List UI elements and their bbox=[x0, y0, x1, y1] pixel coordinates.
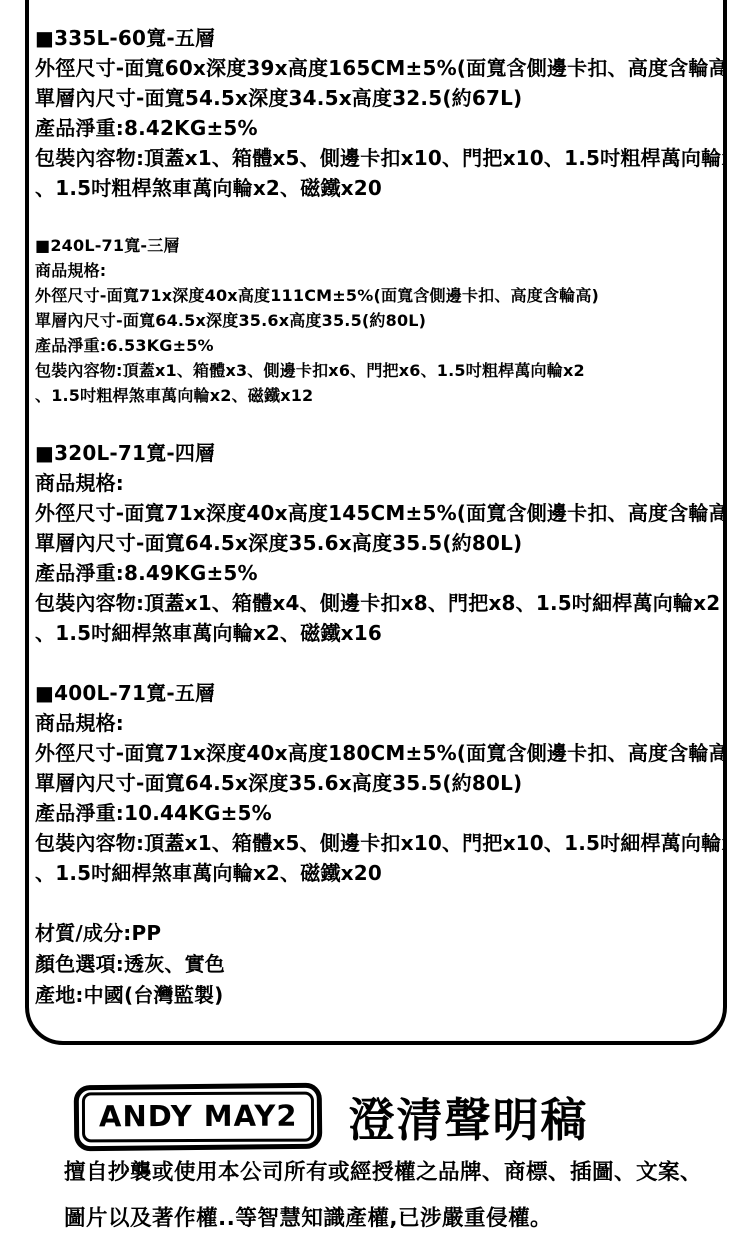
statement-header: ANDY MAY2 澄清聲明稿 bbox=[64, 1084, 724, 1150]
statement-body: 擅自抄襲或使用本公司所有或經授權之品牌、商標、插圖、文案、圖片以及著作權..等智… bbox=[64, 1150, 724, 1242]
product-spec-section: ■320L-71寬-四層商品規格:外徑尺寸-面寬71x深度40x高度145CM±… bbox=[35, 438, 717, 648]
product-spec-line: 、1.5吋粗桿煞車萬向輪x2、磁鐵x20 bbox=[35, 173, 717, 203]
product-spec-line: 包裝內容物:頂蓋x1、箱體x5、側邊卡扣x10、門把x10、1.5吋細桿萬向輪x… bbox=[35, 828, 717, 858]
brand-badge: ANDY MAY2 bbox=[74, 1083, 323, 1152]
statement-title: 澄清聲明稿 bbox=[348, 1084, 588, 1150]
product-spec-title: ■320L-71寬-四層 bbox=[35, 438, 717, 468]
product-spec-line: 外徑尺寸-面寬71x深度40x高度180CM±5%(面寬含側邊卡扣、高度含輪高) bbox=[35, 738, 717, 768]
product-spec-line: 產品淨重:8.49KG±5% bbox=[35, 558, 717, 588]
spec-footer-line: 產地:中國(台灣監製) bbox=[35, 980, 717, 1011]
product-spec-title: ■400L-71寬-五層 bbox=[35, 678, 717, 708]
product-spec-section: ■335L-60寬-五層外徑尺寸-面寬60x深度39x高度165CM±5%(面寬… bbox=[35, 23, 717, 203]
statement-body-line: 圖片以及著作權..等智慧知識產權,已涉嚴重侵權。 bbox=[64, 1196, 724, 1242]
product-spec-line: 商品規格: bbox=[35, 708, 717, 738]
product-spec-line: 商品規格: bbox=[35, 468, 717, 498]
product-spec-line: 單層內尺寸-面寬64.5x深度35.6x高度35.5(約80L) bbox=[35, 528, 717, 558]
product-spec-line: 外徑尺寸-面寬71x深度40x高度111CM±5%(面寬含側邊卡扣、高度含輪高) bbox=[35, 283, 717, 308]
product-spec-line: 、1.5吋粗桿煞車萬向輪x2、磁鐵x12 bbox=[35, 383, 717, 408]
product-spec-section: ■400L-71寬-五層商品規格:外徑尺寸-面寬71x深度40x高度180CM±… bbox=[35, 678, 717, 888]
clarification-statement: ANDY MAY2 澄清聲明稿 擅自抄襲或使用本公司所有或經授權之品牌、商標、插… bbox=[64, 1084, 724, 1242]
product-spec-line: 、1.5吋細桿煞車萬向輪x2、磁鐵x16 bbox=[35, 618, 717, 648]
spec-footer-line: 材質/成分:PP bbox=[35, 918, 717, 949]
product-spec-line: 單層內尺寸-面寬54.5x深度34.5x高度32.5(約67L) bbox=[35, 83, 717, 113]
product-spec-line: 包裝內容物:頂蓋x1、箱體x4、側邊卡扣x8、門把x8、1.5吋細桿萬向輪x2 bbox=[35, 588, 717, 618]
product-spec-line: 包裝內容物:頂蓋x1、箱體x5、側邊卡扣x10、門把x10、1.5吋粗桿萬向輪x… bbox=[35, 143, 717, 173]
statement-body-line: 擅自抄襲或使用本公司所有或經授權之品牌、商標、插圖、文案、 bbox=[64, 1150, 724, 1196]
spec-sections: ■335L-60寬-五層外徑尺寸-面寬60x深度39x高度165CM±5%(面寬… bbox=[35, 23, 717, 888]
spec-panel-footer: 材質/成分:PP顏色選項:透灰、實色產地:中國(台灣監製) bbox=[35, 918, 717, 1011]
product-spec-line: 產品淨重:6.53KG±5% bbox=[35, 333, 717, 358]
product-spec-panel: ■335L-60寬-五層外徑尺寸-面寬60x深度39x高度165CM±5%(面寬… bbox=[25, 0, 727, 1045]
product-spec-line: 包裝內容物:頂蓋x1、箱體x3、側邊卡扣x6、門把x6、1.5吋粗桿萬向輪x2 bbox=[35, 358, 717, 383]
product-spec-line: 商品規格: bbox=[35, 258, 717, 283]
product-spec-line: 外徑尺寸-面寬60x深度39x高度165CM±5%(面寬含側邊卡扣、高度含輪高) bbox=[35, 53, 717, 83]
spec-footer-line: 顏色選項:透灰、實色 bbox=[35, 949, 717, 980]
product-spec-line: 外徑尺寸-面寬71x深度40x高度145CM±5%(面寬含側邊卡扣、高度含輪高) bbox=[35, 498, 717, 528]
product-spec-line: 、1.5吋細桿煞車萬向輪x2、磁鐵x20 bbox=[35, 858, 717, 888]
product-spec-line: 單層內尺寸-面寬64.5x深度35.6x高度35.5(約80L) bbox=[35, 768, 717, 798]
product-spec-line: 單層內尺寸-面寬64.5x深度35.6x高度35.5(約80L) bbox=[35, 308, 717, 333]
product-spec-section: ■240L-71寬-三層商品規格:外徑尺寸-面寬71x深度40x高度111CM±… bbox=[35, 233, 717, 408]
product-spec-title: ■335L-60寬-五層 bbox=[35, 23, 717, 53]
product-spec-line: 產品淨重:10.44KG±5% bbox=[35, 798, 717, 828]
product-spec-title: ■240L-71寬-三層 bbox=[35, 233, 717, 258]
product-spec-line: 產品淨重:8.42KG±5% bbox=[35, 113, 717, 143]
brand-name: ANDY MAY2 bbox=[82, 1092, 315, 1143]
